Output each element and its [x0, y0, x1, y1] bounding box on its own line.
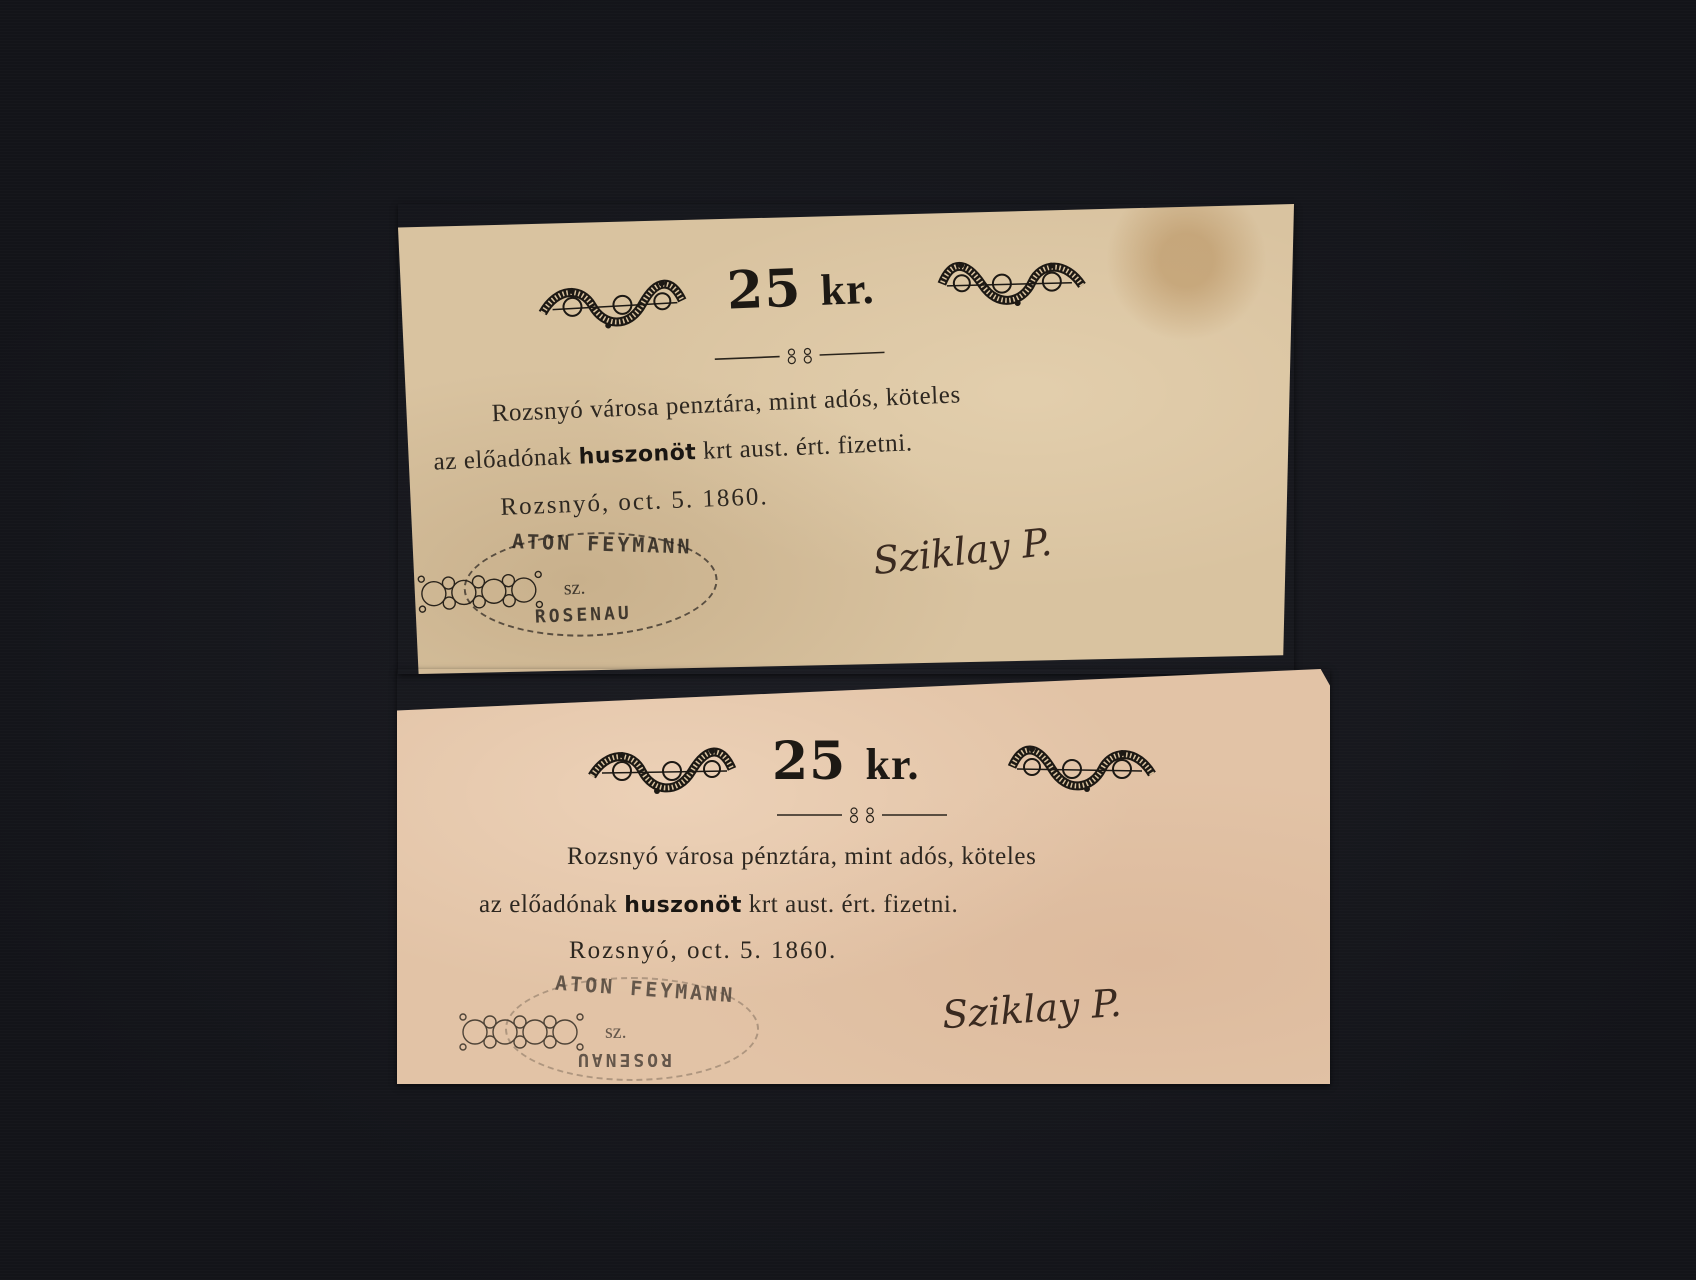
divider-flourish-icon	[777, 805, 947, 825]
ornament-right-icon	[931, 250, 1093, 316]
signature: Sziklay P.	[941, 981, 1123, 1037]
rosette-ornament-icon	[455, 1007, 595, 1057]
denomination-unit: kr.	[865, 740, 919, 789]
stamp-bottom-text: ROSENAU	[575, 1049, 672, 1070]
divider-flourish-icon	[714, 342, 885, 369]
banknote-top: 25 kr. Rozsnyó városa penztára, mint adó…	[398, 204, 1294, 674]
text-line-1: Rozsnyó városa penztára, mint adós, köte…	[491, 381, 961, 428]
rosette-ornament-icon	[413, 564, 555, 620]
ornament-left-icon	[531, 272, 693, 338]
ornament-right-icon	[1002, 739, 1162, 799]
stamp-bottom-text: ROSENAU	[534, 603, 632, 628]
text-line-2-prefix: az előadónak	[433, 443, 572, 476]
stamp-middle-text: sz.	[563, 577, 586, 601]
denomination-number: 25	[726, 258, 803, 322]
amount-in-words: huszonöt	[624, 893, 742, 918]
text-line-2: az előadónak huszonöt krt aust. ért. fiz…	[479, 891, 958, 919]
date-line: Rozsnyó, oct. 5. 1860.	[569, 937, 837, 965]
amount-in-words: huszonöt	[578, 440, 697, 470]
text-line-2: az előadónak huszonöt krt aust. ért. fiz…	[433, 429, 913, 476]
text-line-2-suffix: krt aust. ért. fizetni.	[749, 891, 959, 918]
issuer-stamp: ATON FEYMANN sz. ROSENAU	[455, 969, 755, 1079]
stamp-middle-text: sz.	[605, 1021, 627, 1044]
text-line-2-suffix: krt aust. ért. fizetni.	[703, 429, 913, 464]
denomination-unit: kr.	[820, 264, 876, 315]
issuer-stamp: ATON FEYMANN sz. ROSENAU	[411, 519, 715, 641]
denomination: 25 kr.	[772, 731, 919, 792]
denomination-number: 25	[772, 731, 846, 792]
denomination: 25 kr.	[726, 255, 876, 322]
text-line-2-prefix: az előadónak	[479, 891, 617, 918]
signature: Sziklay P.	[871, 520, 1054, 583]
banknote-bottom: 25 kr. Rozsnyó városa pénztára, mint adó…	[397, 669, 1330, 1084]
ornament-left-icon	[582, 741, 742, 801]
date-line: Rozsnyó, oct. 5. 1860.	[500, 483, 769, 522]
text-line-1: Rozsnyó városa pénztára, mint adós, köte…	[567, 843, 1036, 871]
